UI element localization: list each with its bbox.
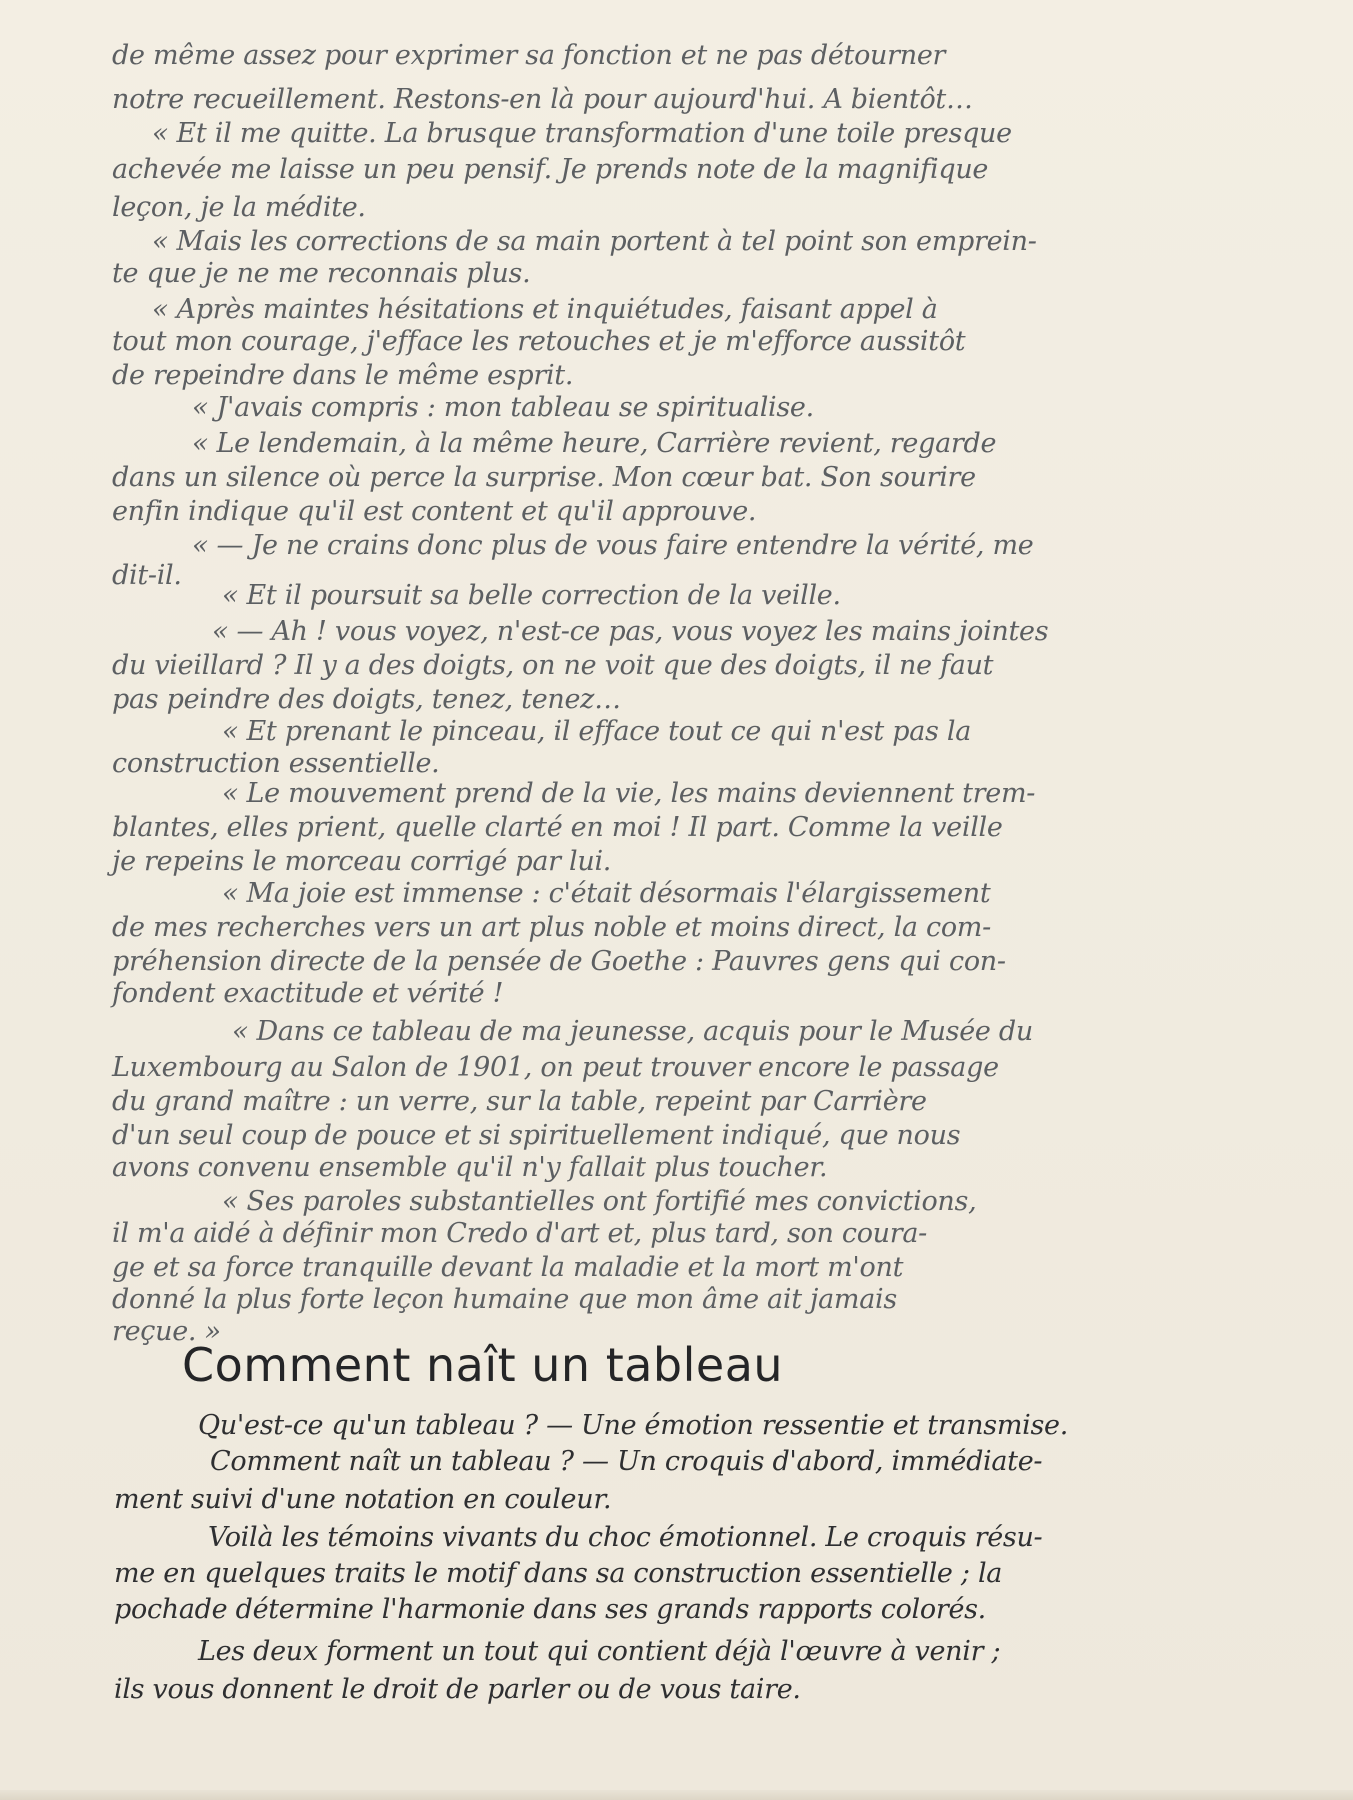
- passage-line: « Dans ce tableau de ma jeunesse, acquis…: [232, 1016, 1033, 1047]
- passage-line: dit-il.: [112, 560, 182, 591]
- passage-line: avons convenu ensemble qu'il n'y fallait…: [112, 1152, 827, 1183]
- passage-line: te que je ne me reconnais plus.: [112, 258, 530, 289]
- passage-line: « — Ah ! vous voyez, n'est-ce pas, vous …: [212, 616, 1048, 647]
- passage-line: « J'avais compris : mon tableau se spiri…: [192, 392, 814, 423]
- passage-line: pas peindre des doigts, tenez, tenez…: [112, 684, 621, 715]
- passage-line: il m'a aidé à définir mon Credo d'art et…: [112, 1218, 927, 1249]
- passage-line: blantes, elles prient, quelle clarté en …: [112, 812, 1003, 843]
- passage-line: préhension directe de la pensée de Goeth…: [112, 946, 1006, 977]
- passage-line: enfin indique qu'il est content et qu'il…: [112, 496, 756, 527]
- passage-line: « Après maintes hésitations et inquiétud…: [152, 294, 938, 325]
- section-line: Comment naît un tableau ? — Un croquis d…: [210, 1446, 1042, 1477]
- page-bottom-edge: [0, 1790, 1353, 1800]
- passage-line: du vieillard ? Il y a des doigts, on ne …: [112, 650, 993, 681]
- passage-line: « — Je ne crains donc plus de vous faire…: [192, 530, 1033, 561]
- passage-line: leçon, je la médite.: [112, 192, 366, 223]
- section-line: Qu'est-ce qu'un tableau ? — Une émotion …: [198, 1410, 1068, 1441]
- passage-line: notre recueillement. Restons-en là pour …: [112, 84, 973, 115]
- passage-line: ge et sa force tranquille devant la mala…: [112, 1252, 903, 1283]
- section-line: me en quelques traits le motif dans sa c…: [114, 1558, 1002, 1589]
- section-line: ment suivi d'une notation en couleur.: [114, 1484, 611, 1515]
- passage-line: Luxembourg au Salon de 1901, on peut tro…: [112, 1052, 999, 1083]
- passage-line: achevée me laisse un peu pensif. Je pren…: [112, 154, 988, 185]
- passage-line: dans un silence où perce la surprise. Mo…: [112, 462, 976, 493]
- passage-line: de mes recherches vers un art plus noble…: [112, 912, 991, 943]
- passage-line: « Et il poursuit sa belle correction de …: [222, 580, 841, 611]
- passage-line: « Et prenant le pinceau, il efface tout …: [222, 716, 971, 747]
- passage-line: je repeins le morceau corrigé par lui.: [112, 846, 611, 877]
- passage-line: « Le mouvement prend de la vie, les main…: [222, 778, 1035, 809]
- passage-line: « Le lendemain, à la même heure, Carrièr…: [192, 428, 996, 459]
- section-line: ils vous donnent le droit de parler ou d…: [114, 1674, 801, 1705]
- section-line: Voilà les témoins vivants du choc émotio…: [208, 1522, 1042, 1553]
- passage-line: « Ma joie est immense : c'était désormai…: [222, 878, 990, 909]
- passage-line: construction essentielle.: [112, 748, 439, 779]
- manuscript-page: de même assez pour exprimer sa fonction …: [0, 0, 1353, 1800]
- passage-line: de repeindre dans le même esprit.: [112, 360, 573, 391]
- section-title: Comment naît un tableau: [182, 1338, 783, 1392]
- passage-line: donné la plus forte leçon humaine que mo…: [112, 1284, 897, 1315]
- passage-line: de même assez pour exprimer sa fonction …: [112, 40, 945, 71]
- passage-line: « Et il me quitte. La brusque transforma…: [152, 118, 1012, 149]
- passage-line: « Ses paroles substantielles ont fortifi…: [222, 1186, 976, 1217]
- passage-line: « Mais les corrections de sa main porten…: [152, 226, 1037, 257]
- section-line: Les deux forment un tout qui contient dé…: [198, 1636, 1000, 1667]
- passage-line: tout mon courage, j'efface les retouches…: [112, 326, 965, 357]
- section-line: pochade détermine l'harmonie dans ses gr…: [114, 1594, 986, 1625]
- passage-line: fondent exactitude et vérité !: [112, 978, 503, 1009]
- passage-line: d'un seul coup de pouce et si spirituell…: [112, 1120, 960, 1151]
- passage-line: du grand maître : un verre, sur la table…: [112, 1086, 927, 1117]
